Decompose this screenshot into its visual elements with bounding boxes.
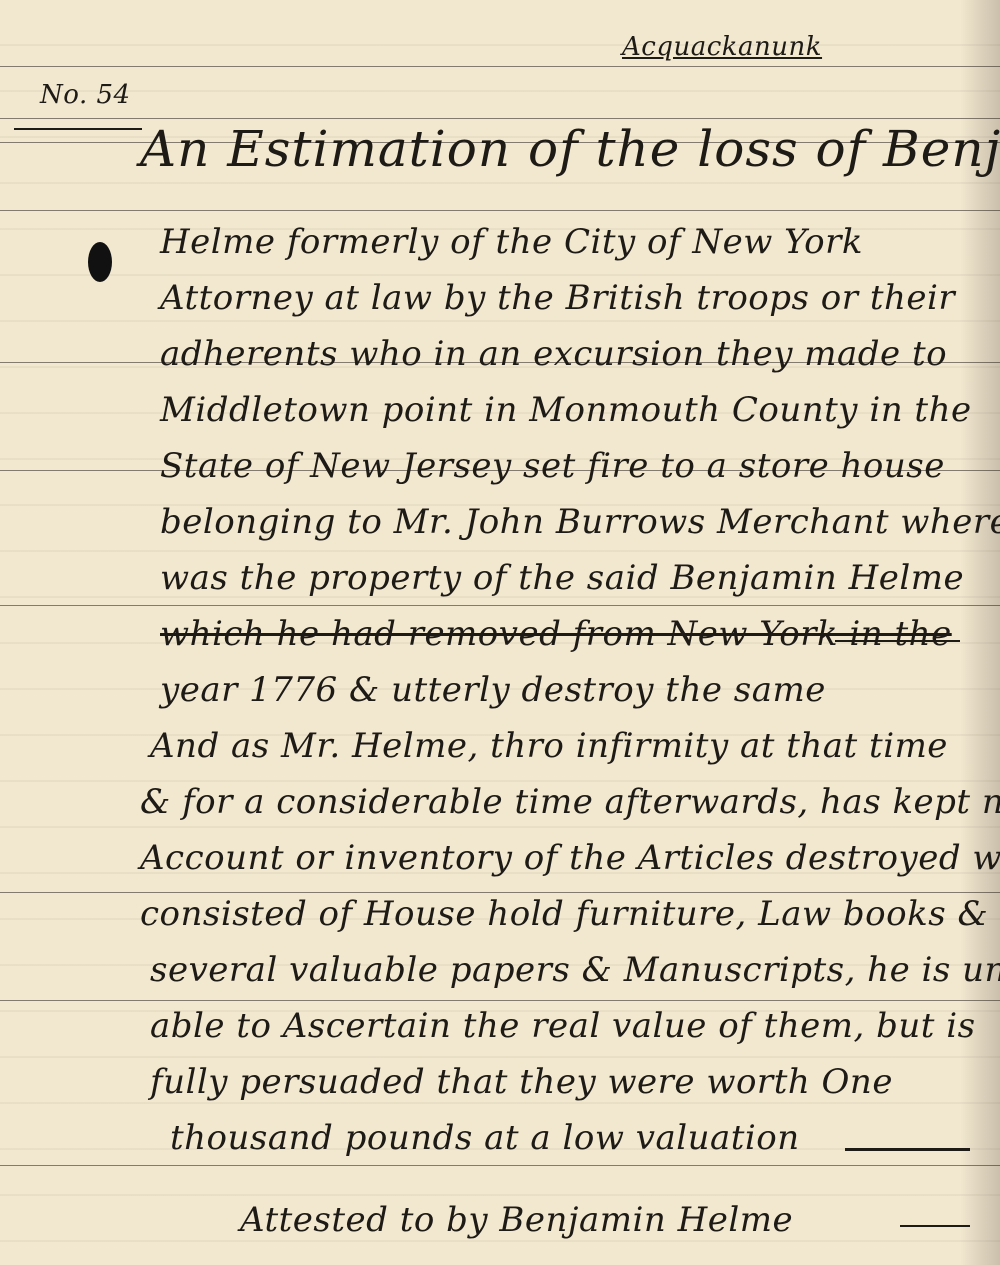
attestation-signature: Attested to by Benjamin Helme [240, 1200, 793, 1240]
ink-blot [88, 242, 112, 282]
ruled-line [0, 892, 1000, 893]
body-line-3: adherents who in an excursion they made … [160, 334, 947, 374]
entry-number: No. 54 [40, 80, 131, 110]
body-line-13: consisted of House hold furniture, Law b… [140, 894, 988, 934]
ruled-line [0, 66, 1000, 67]
body-line-10: And as Mr. Helme, thro infirmity at that… [150, 726, 948, 766]
body-line-2: Attorney at law by the British troops or… [160, 278, 955, 318]
body-line-4: Middletown point in Monmouth County in t… [160, 390, 972, 430]
margin-dash [14, 128, 142, 130]
document-title: An Estimation of the loss of Benjamin [140, 120, 1000, 178]
body-line-5: State of New Jersey set fire to a store … [160, 446, 945, 486]
manuscript-page: Acquackanunk No. 54 An Estimation of the… [0, 0, 1000, 1265]
signature-flourish [900, 1225, 970, 1227]
body-line-16: fully persuaded that they were worth One [150, 1062, 893, 1102]
ruled-line [0, 1165, 1000, 1166]
ruled-line [0, 118, 1000, 119]
body-line-15: able to Ascertain the real value of them… [150, 1006, 976, 1046]
body-line-6: belonging to Mr. John Burrows Merchant w… [160, 502, 1000, 542]
ruled-line [0, 605, 1000, 606]
body-line-1: Helme formerly of the City of New York [160, 222, 863, 262]
line-end-flourish [845, 1148, 970, 1151]
body-line-7: was the property of the said Benjamin He… [160, 558, 964, 598]
body-line-14: several valuable papers & Manuscripts, h… [150, 950, 1000, 990]
ruled-line [0, 1000, 1000, 1001]
ruled-line [0, 210, 1000, 211]
body-line-8: which he had removed from New York in th… [160, 614, 952, 654]
body-line-11: & for a considerable time afterwards, ha… [140, 782, 1000, 822]
body-line-9: year 1776 & utterly destroy the same [160, 670, 826, 710]
body-line-12: Account or inventory of the Articles des… [140, 838, 1000, 878]
body-line-17: thousand pounds at a low valuation [170, 1118, 800, 1158]
docket-label: Acquackanunk [622, 32, 822, 62]
line-end-flourish [835, 640, 960, 642]
